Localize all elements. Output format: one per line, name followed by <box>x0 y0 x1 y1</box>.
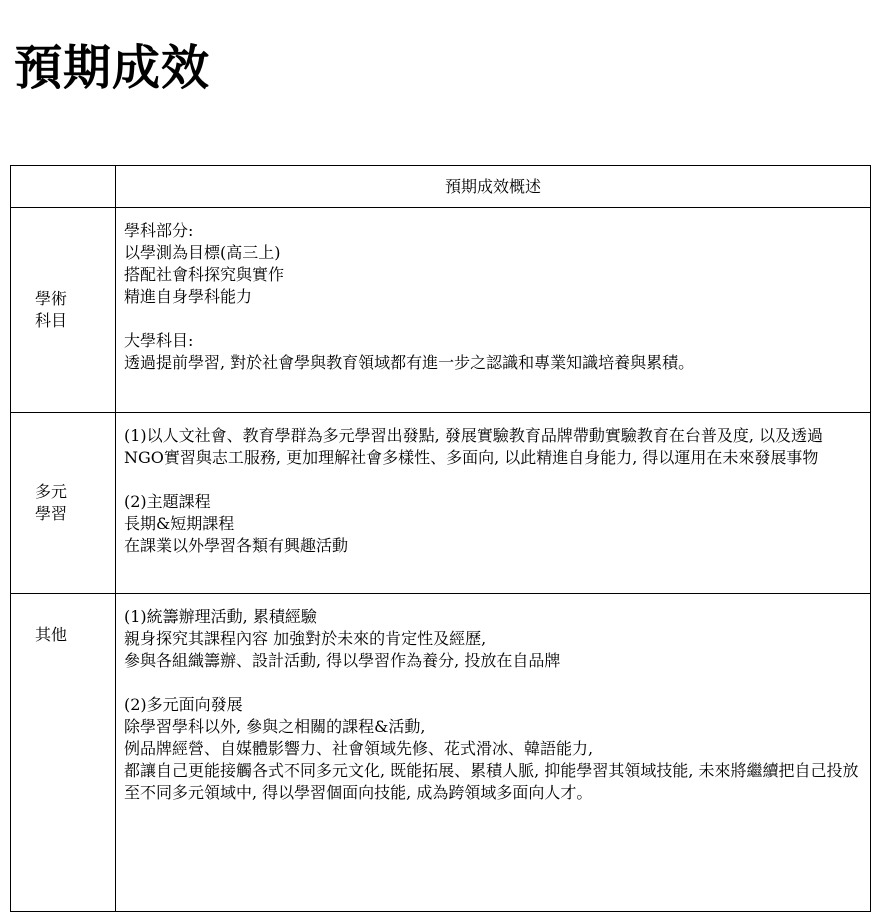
table-row-other: 其他 (1)統籌辦理活動, 累積經驗 親身探究其課程內容 加強對於未來的肯定性及… <box>11 594 871 912</box>
header-description-cell: 預期成效概述 <box>116 166 871 208</box>
description-paragraph: (2)主題課程 長期&短期課程 在課業以外學習各類有興趣活動 <box>124 491 862 557</box>
expected-outcomes-table: 預期成效概述 學術 科目 學科部分: 以學測為目標(高三上) 搭配社會科探究與實… <box>10 165 871 912</box>
category-label: 學術 科目 <box>35 288 79 332</box>
description-cell: (1)以人文社會、教育學群為多元學習出發點, 發展實驗教育品牌帶動實驗教育在台普… <box>116 413 871 594</box>
description-paragraph: (1)統籌辦理活動, 累積經驗 親身探究其課程內容 加強對於未來的肯定性及經歷,… <box>124 606 862 672</box>
page-title: 預期成效 <box>14 38 210 98</box>
description-paragraph: (2)多元面向發展 除學習學科以外, 參與之相關的課程&活動, 例品牌經營、自媒… <box>124 694 862 804</box>
description-cell: 學科部分: 以學測為目標(高三上) 搭配社會科探究與實作 精進自身學科能力 大學… <box>116 208 871 413</box>
description-paragraph: (1)以人文社會、教育學群為多元學習出發點, 發展實驗教育品牌帶動實驗教育在台普… <box>124 425 862 469</box>
category-cell: 學術 科目 <box>11 208 116 413</box>
description-cell: (1)統籌辦理活動, 累積經驗 親身探究其課程內容 加強對於未來的肯定性及經歷,… <box>116 594 871 912</box>
description-paragraph: 大學科目: 透過提前學習, 對於社會學與教育領域都有進一步之認識和專業知識培養與… <box>124 330 862 374</box>
category-cell: 其他 <box>11 594 116 912</box>
category-cell: 多元 學習 <box>11 413 116 594</box>
table-header-row: 預期成效概述 <box>11 166 871 208</box>
table-row-diverse-learning: 多元 學習 (1)以人文社會、教育學群為多元學習出發點, 發展實驗教育品牌帶動實… <box>11 413 871 594</box>
header-category-cell <box>11 166 116 208</box>
table-row-academic-subjects: 學術 科目 學科部分: 以學測為目標(高三上) 搭配社會科探究與實作 精進自身學… <box>11 208 871 413</box>
description-paragraph: 學科部分: 以學測為目標(高三上) 搭配社會科探究與實作 精進自身學科能力 <box>124 220 862 308</box>
category-label: 多元 學習 <box>35 481 79 525</box>
category-label: 其他 <box>35 624 79 646</box>
